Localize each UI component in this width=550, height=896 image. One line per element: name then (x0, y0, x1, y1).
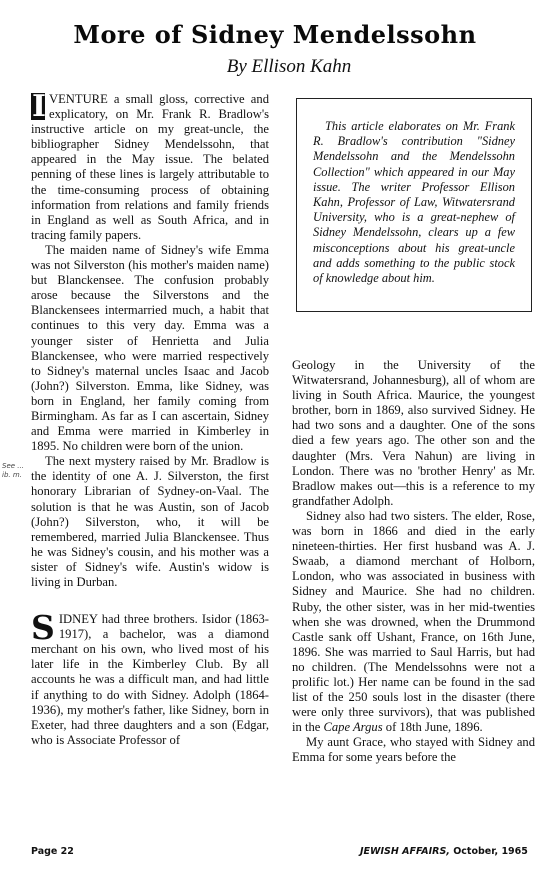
paragraph-brothers: SIDNEY had three brothers. Isidor (1863-… (31, 612, 269, 748)
newspaper-title: Cape Argus (323, 720, 382, 734)
issue-date: October, 1965 (453, 846, 528, 857)
paragraph-maiden-name: The maiden name of Sidney's wife Emma wa… (31, 243, 269, 454)
paragraph-sisters: Sidney also had two sisters. The elder, … (292, 509, 535, 735)
article-title: More of Sidney Mendelssohn (0, 20, 550, 49)
drop-cap-s: S (31, 614, 55, 642)
margin-handwritten-note: See ... ib. m. (2, 462, 30, 480)
article-byline: By Ellison Kahn (0, 56, 550, 78)
paragraph-intro: IVENTURE a small gloss, corrective and e… (31, 92, 269, 243)
left-column: IVENTURE a small gloss, corrective and e… (31, 92, 269, 748)
publication-footer: JEWISH AFFAIRS, October, 1965 (360, 846, 528, 857)
editorial-note-text: This article elaborates on Mr. Frank R. … (313, 119, 515, 286)
paragraph-sisters-text: Sidney also had two sisters. The elder, … (292, 509, 535, 734)
paragraph-intro-text: VENTURE a small gloss, corrective and ex… (31, 92, 269, 242)
drop-cap-i: I (31, 93, 45, 120)
paragraph-brothers-continued: Geology in the University of the Witwate… (292, 358, 535, 509)
section-break (31, 590, 269, 612)
paragraph-silverston-mystery: The next mystery raised by Mr. Bradlow i… (31, 454, 269, 590)
paragraph-aunt-grace: My aunt Grace, who stayed with Sidney an… (292, 735, 535, 765)
editorial-note-box: This article elaborates on Mr. Frank R. … (296, 98, 532, 312)
right-column: Geology in the University of the Witwate… (292, 358, 535, 766)
paragraph-sisters-end: of 18th June, 1896. (383, 720, 483, 734)
paragraph-brothers-text: IDNEY had three brothers. Isidor (1863-1… (31, 612, 269, 747)
magazine-name: JEWISH AFFAIRS, (360, 846, 450, 857)
page-number: Page 22 (31, 846, 74, 857)
